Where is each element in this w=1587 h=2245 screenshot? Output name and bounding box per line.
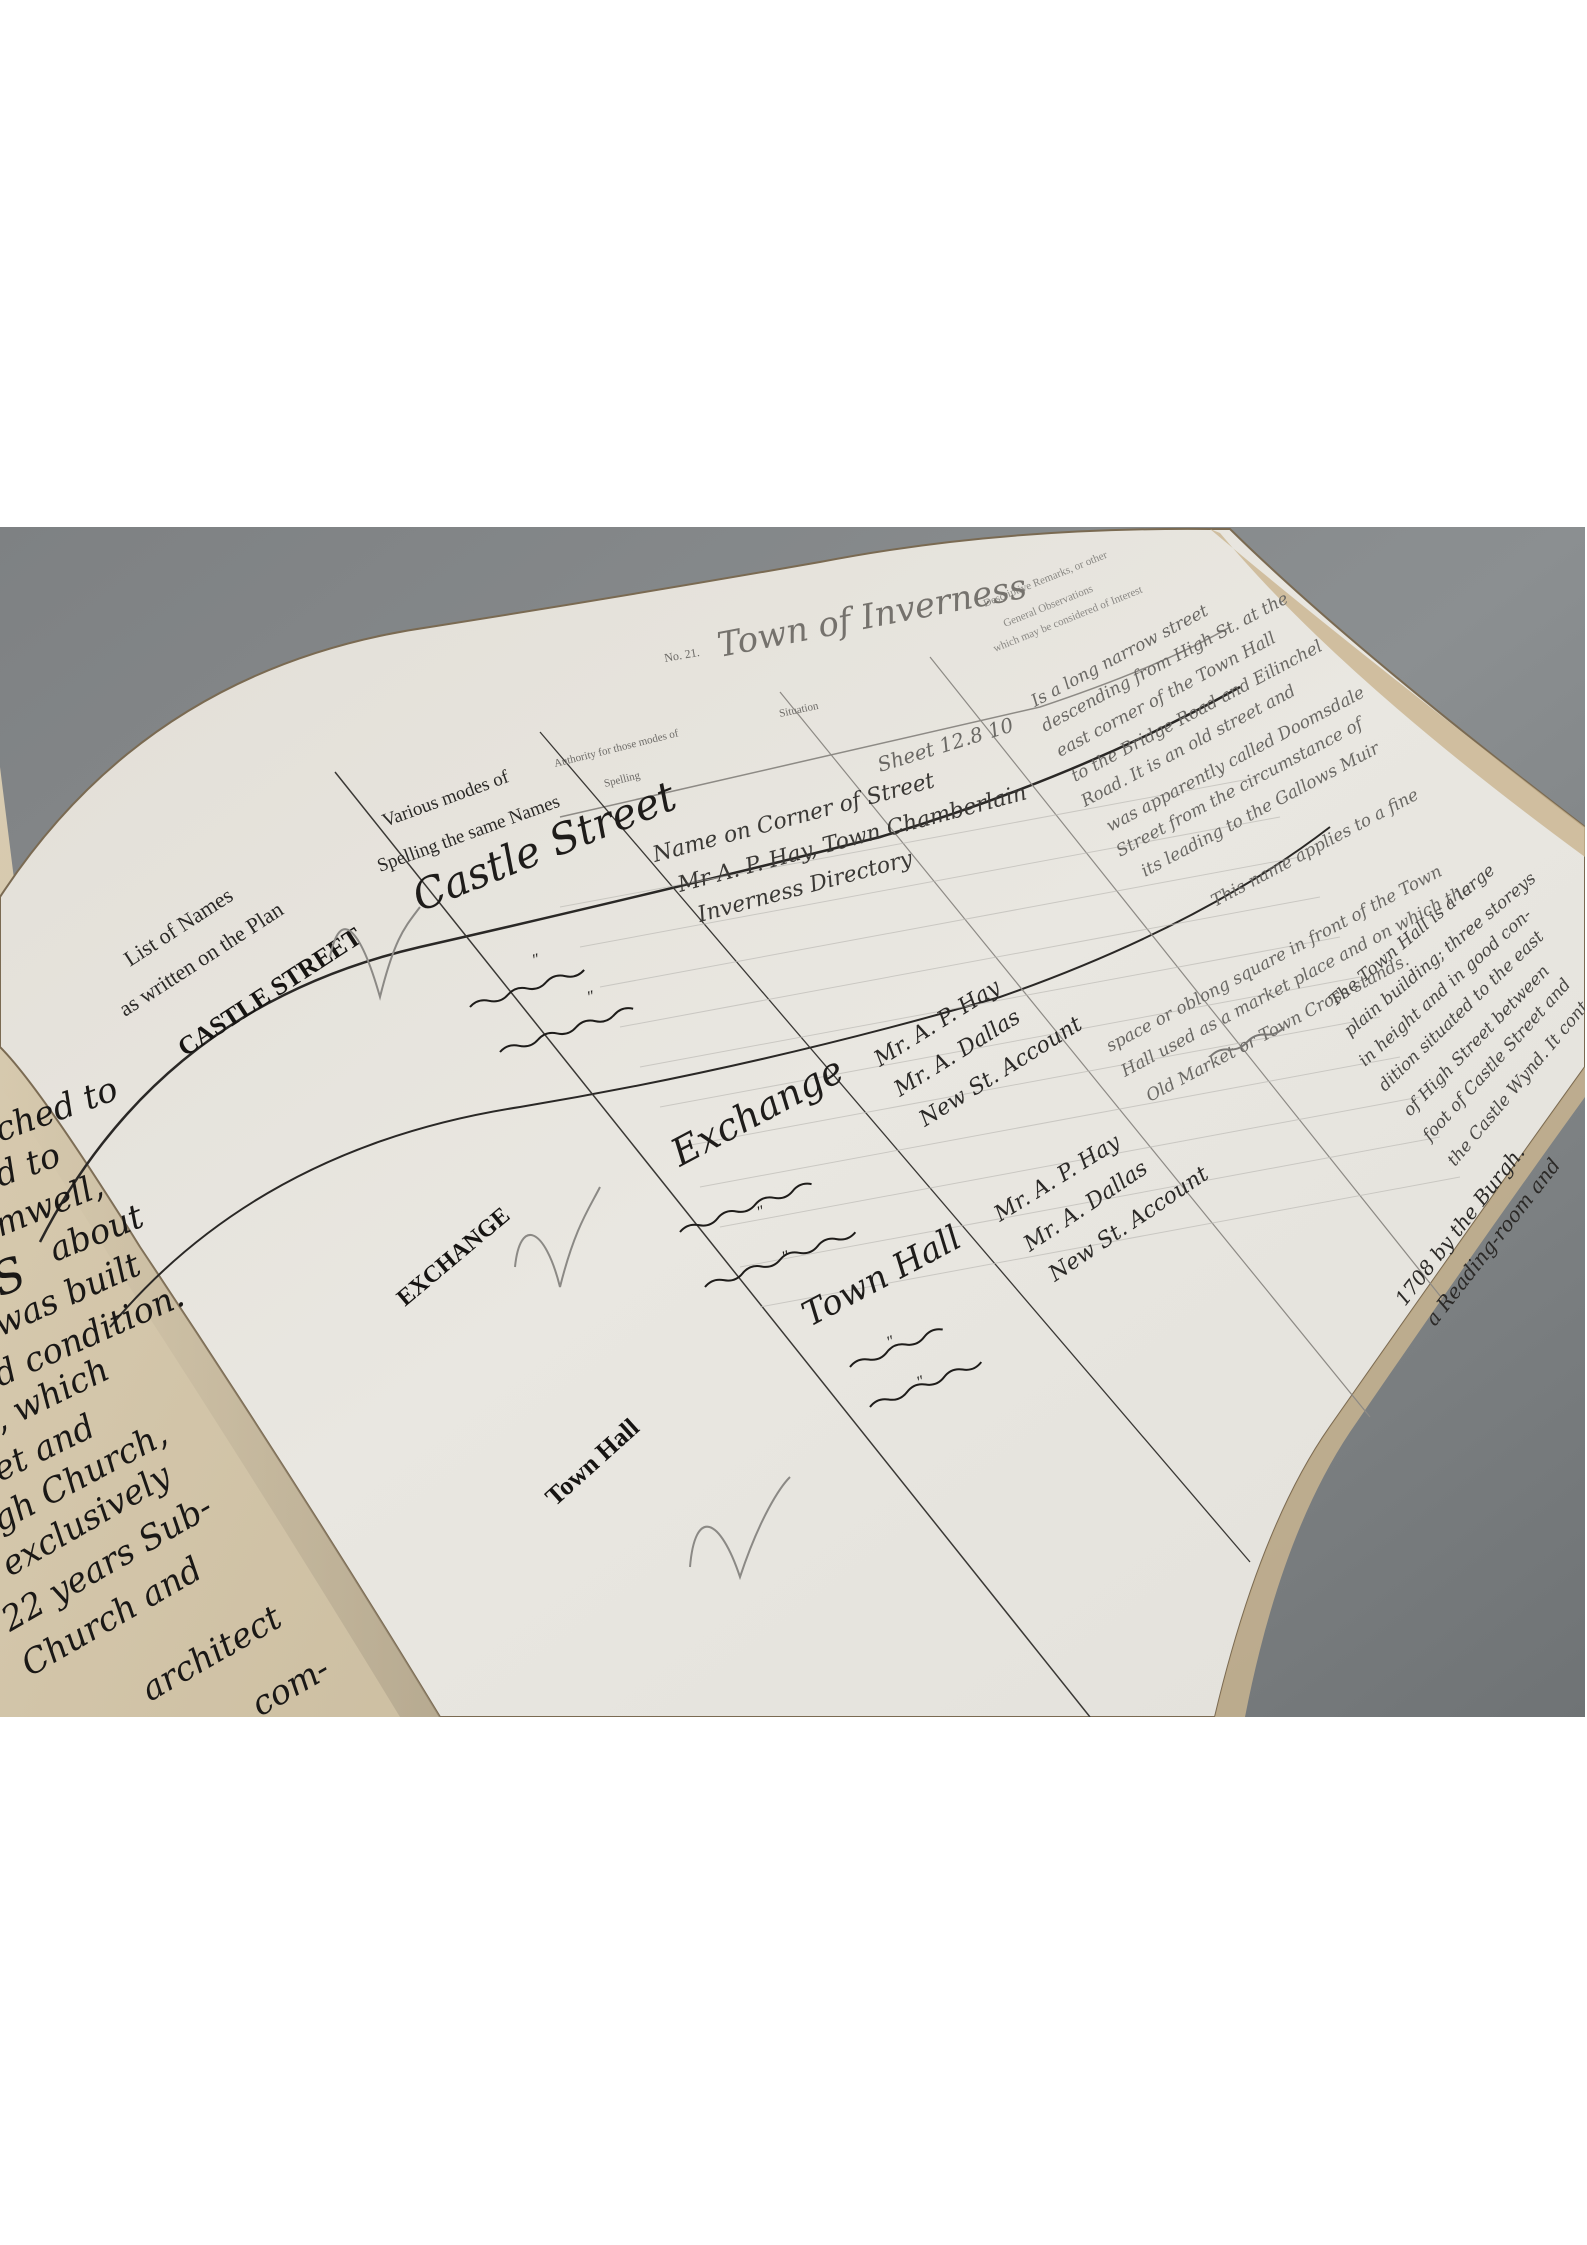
ledger-photo: List of Names as written on the Plan Var… — [0, 527, 1585, 1717]
page-frame: List of Names as written on the Plan Var… — [0, 0, 1587, 2245]
ledger-illustration: List of Names as written on the Plan Var… — [0, 527, 1585, 1717]
